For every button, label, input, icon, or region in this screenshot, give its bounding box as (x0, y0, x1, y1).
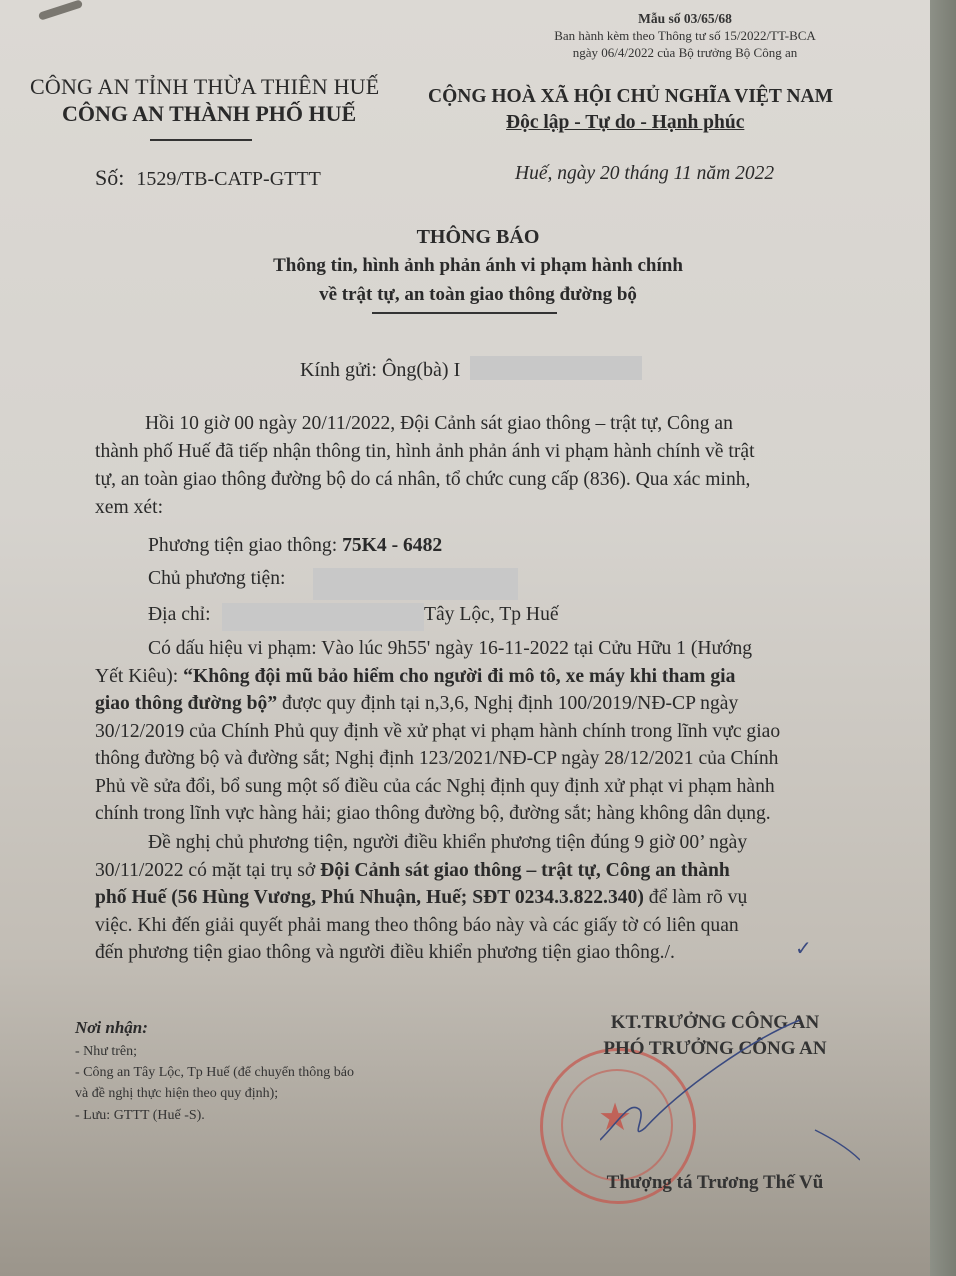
owner-row: Chủ phương tiện: (148, 568, 285, 590)
text: chính trong lĩnh vực hàng hải; giao thôn… (95, 803, 771, 824)
intro-line: thành phố Huế đã tiếp nhận thông tin, hì… (95, 441, 755, 463)
paragraph-line: chính trong lĩnh vực hàng hải; giao thôn… (95, 803, 771, 825)
paragraph-line: Phủ về sửa đổi, bổ sung một số điều của … (95, 776, 775, 798)
vehicle-plate: 75K4 - 6482 (342, 535, 442, 556)
bold-text: giao thông đường bộ” (95, 693, 277, 714)
nation-name: CỘNG HOÀ XÃ HỘI CHỦ NGHĨA VIỆT NAM (428, 86, 833, 108)
intro-line: Hồi 10 giờ 00 ngày 20/11/2022, Đội Cảnh … (145, 413, 733, 435)
paragraph-line: Yết Kiêu): “Không đội mũ bảo hiểm cho ng… (95, 666, 735, 688)
bold-text: Đội Cảnh sát giao thông – trật tự, Công … (320, 860, 730, 881)
paragraph-line: 30/12/2019 của Chính Phủ quy định về xử … (95, 721, 780, 743)
document-number-value: 1529/TB-CATP-GTTT (136, 168, 320, 190)
recipients-title: Nơi nhận: (75, 1018, 148, 1038)
redacted-recipient-name (470, 356, 642, 380)
owner-label: Chủ phương tiện: (148, 568, 285, 589)
bold-text: “Không đội mũ bảo hiểm cho người đi mô t… (183, 666, 735, 687)
paragraph-line: 30/11/2022 có mặt tại trụ sở Đội Cảnh sá… (95, 860, 730, 882)
text: để làm rõ vụ (644, 887, 747, 908)
recipient-item: - Như trên; (75, 1044, 137, 1060)
agency-underline (150, 139, 252, 141)
recipient-item: - Công an Tây Lộc, Tp Huế (để chuyển thô… (75, 1065, 354, 1081)
form-header: Mẫu số 03/65/68 Ban hành kèm theo Thông … (500, 10, 870, 61)
address-row: Địa chỉ: (148, 604, 211, 626)
paragraph-line: việc. Khi đến giải quyết phải mang theo … (95, 915, 739, 937)
intro-line: tự, an toàn giao thông đường bộ do cá nh… (95, 469, 750, 491)
paragraph-line: Có dấu hiệu vi phạm: Vào lúc 9h55' ngày … (148, 638, 752, 660)
background-edge (930, 0, 956, 1276)
agency-parent: CÔNG AN TỈNH THỪA THIÊN HUẾ (30, 74, 379, 100)
document-subtitle-2: về trật tự, an toàn giao thông đường bộ (0, 284, 956, 306)
document-subtitle-1: Thông tin, hình ảnh phản ánh vi phạm hàn… (0, 255, 956, 277)
paragraph-line: Đề nghị chủ phương tiện, người điều khiể… (148, 832, 747, 854)
text: được quy định tại n,3,6, Nghị định 100/2… (277, 693, 738, 714)
redacted-address (222, 603, 424, 631)
address-label: Địa chỉ: (148, 604, 211, 625)
pen-checkmark-icon: ✓ (795, 936, 812, 961)
paragraph-line: thông đường bộ và đường sắt; Nghị định 1… (95, 748, 778, 770)
paragraph-line: phố Huế (56 Hùng Vương, Phú Nhuận, Huế; … (95, 887, 747, 909)
document-title: THÔNG BÁO (0, 226, 956, 249)
bold-text: phố Huế (56 Hùng Vương, Phú Nhuận, Huế; … (95, 887, 644, 908)
title-underline (372, 312, 557, 314)
paragraph-line: đến phương tiện giao thông và người điều… (95, 942, 675, 964)
vehicle-label: Phương tiện giao thông: (148, 535, 337, 556)
text: việc. Khi đến giải quyết phải mang theo … (95, 915, 739, 936)
agency-name: CÔNG AN THÀNH PHỐ HUẾ (62, 101, 356, 127)
form-number: Mẫu số 03/65/68 (500, 10, 870, 27)
intro-line: xem xét: (95, 497, 163, 519)
document-number: Số:1529/TB-CATP-GTTT (95, 165, 321, 191)
redacted-owner-name (313, 568, 518, 600)
form-issued-with: Ban hành kèm theo Thông tư số 15/2022/TT… (500, 27, 870, 44)
nation-motto: Độc lập - Tự do - Hạnh phúc (506, 112, 744, 134)
text: thông đường bộ và đường sắt; Nghị định 1… (95, 748, 778, 769)
address-visible: Tây Lộc, Tp Huế (424, 604, 559, 626)
text: Đề nghị chủ phương tiện, người điều khiể… (148, 832, 747, 853)
text: đến phương tiện giao thông và người điều… (95, 942, 675, 963)
text: 30/11/2022 có mặt tại trụ sở (95, 860, 320, 881)
signer-name: Thượng tá Trương Thế Vũ (565, 1172, 865, 1194)
paragraph-line: giao thông đường bộ” được quy định tại n… (95, 693, 738, 715)
form-issued-date: ngày 06/4/2022 của Bộ trưởng Bộ Công an (500, 44, 870, 61)
recipient-item: và đề nghị thực hiện theo quy định); (75, 1086, 278, 1102)
text: Yết Kiêu): (95, 666, 183, 687)
place-date: Huế, ngày 20 tháng 11 năm 2022 (515, 163, 774, 185)
text: Có dấu hiệu vi phạm: Vào lúc 9h55' ngày … (148, 638, 752, 659)
text: 30/12/2019 của Chính Phủ quy định về xử … (95, 721, 780, 742)
recipient-item: - Lưu: GTTT (Huế -S). (75, 1108, 205, 1124)
vehicle-row: Phương tiện giao thông: 75K4 - 6482 (148, 535, 442, 557)
document-number-label: Số: (95, 165, 124, 190)
text: Phủ về sửa đổi, bổ sung một số điều của … (95, 776, 775, 797)
recipient-greeting: Kính gửi: Ông(bà) I (300, 359, 460, 382)
